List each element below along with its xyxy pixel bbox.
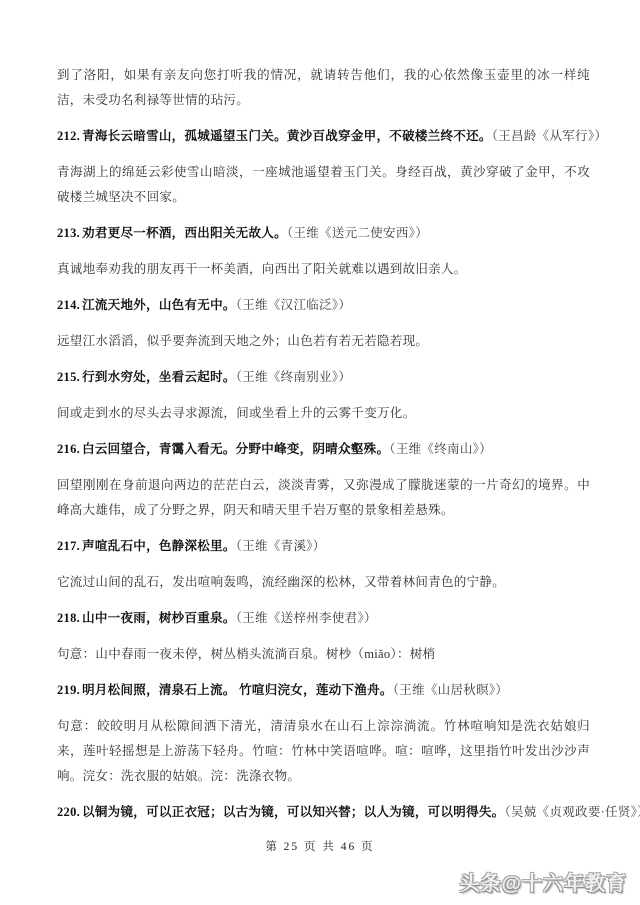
quote-source: （王维《青溪》） xyxy=(236,539,326,553)
quote-item-217: 217.声喧乱石中，色静深松里。（王维《青溪》） 它流过山间的乱石，发出喧响轰鸣… xyxy=(57,534,590,595)
quote-text: 江流天地外，山色有无中。 xyxy=(82,298,236,312)
quote-source: （王维《终南山》） xyxy=(389,442,492,456)
quote-text: 山中一夜雨，树杪百重泉。 xyxy=(82,611,236,625)
quote-number: 216. xyxy=(57,442,80,456)
quote-explanation: 回望刚刚在身前退向两边的茫茫白云，淡淡青雾，又弥漫成了朦胧迷蒙的一片奇幻的境界。… xyxy=(57,473,590,523)
quote-explanation: 远望江水滔滔，似乎要奔流到天地之外；山色若有若无若隐若现。 xyxy=(57,329,590,354)
quote-heading: 212.青海长云暗雪山，孤城遥望玉门关。黄沙百战穿金甲，不破楼兰终不还。（王昌龄… xyxy=(57,124,590,149)
quote-number: 215. xyxy=(57,370,80,384)
quote-source: （王维《送梓州李使君》） xyxy=(236,611,377,625)
quote-item-216: 216.白云回望合，青霭入看无。分野中峰变，阴晴众壑殊。（王维《终南山》） 回望… xyxy=(57,437,590,523)
quote-number: 219. xyxy=(57,683,80,697)
quote-source: （王维《山居秋暝》） xyxy=(393,683,509,697)
quote-number: 218. xyxy=(57,611,80,625)
quote-explanation: 间或走到水的尽头去寻求源流，间或坐看上升的云雾千变万化。 xyxy=(57,401,590,426)
quote-number: 220. xyxy=(57,805,80,819)
quote-explanation: 青海湖上的绵延云彩使雪山暗淡，一座城池遥望着玉门关。身经百战，黄沙穿破了金甲，不… xyxy=(57,160,590,210)
quote-number: 213. xyxy=(57,226,80,240)
quote-item-220: 220.以铜为镜，可以正衣冠；以古为镜，可以知兴替；以人为镜，可以明得失。（吴兢… xyxy=(57,800,590,825)
quote-item-218: 218.山中一夜雨，树杪百重泉。（王维《送梓州李使君》） 句意：山中春雨一夜未停… xyxy=(57,606,590,667)
quote-explanation: 句意：山中春雨一夜未停，树丛梢头流淌百泉。树杪（miǎo）：树梢 xyxy=(57,642,590,667)
quote-source: （王维《汉江临泛》） xyxy=(236,298,352,312)
quote-heading: 219.明月松间照，清泉石上流。 竹喧归浣女，莲动下渔舟。（王维《山居秋暝》） xyxy=(57,678,590,703)
quote-item-214: 214.江流天地外，山色有无中。（王维《汉江临泛》） 远望江水滔滔，似乎要奔流到… xyxy=(57,293,590,354)
document-page: 到了洛阳，如果有亲友向您打听我的情况，就请转告他们，我的心依然像玉壶里的冰一样纯… xyxy=(0,0,640,905)
quote-heading: 214.江流天地外，山色有无中。（王维《汉江临泛》） xyxy=(57,293,590,318)
quote-explanation: 真诚地奉劝我的朋友再干一杯美酒，向西出了阳关就难以遇到故旧亲人。 xyxy=(57,257,590,282)
quote-text: 以铜为镜，可以正衣冠；以古为镜，可以知兴替；以人为镜，可以明得失。 xyxy=(82,805,504,819)
document-content: 到了洛阳，如果有亲友向您打听我的情况，就请转告他们，我的心依然像玉壶里的冰一样纯… xyxy=(0,0,640,825)
quote-text: 明月松间照，清泉石上流。 竹喧归浣女，莲动下渔舟。 xyxy=(82,683,393,697)
quote-text: 白云回望合，青霭入看无。分野中峰变，阴晴众壑殊。 xyxy=(82,442,389,456)
quote-heading: 216.白云回望合，青霭入看无。分野中峰变，阴晴众壑殊。（王维《终南山》） xyxy=(57,437,590,462)
quote-heading: 218.山中一夜雨，树杪百重泉。（王维《送梓州李使君》） xyxy=(57,606,590,631)
quote-item-213: 213.劝君更尽一杯酒，西出阳关无故人。（王维《送元二使安西》） 真诚地奉劝我的… xyxy=(57,221,590,282)
quote-explanation: 它流过山间的乱石，发出喧响轰鸣，流经幽深的松林，又带着林间青色的宁静。 xyxy=(57,570,590,595)
quote-source: （王维《送元二使安西》） xyxy=(287,226,428,240)
quote-number: 214. xyxy=(57,298,80,312)
quote-heading: 217.声喧乱石中，色静深松里。（王维《青溪》） xyxy=(57,534,590,559)
quote-heading: 215.行到水穷处，坐看云起时。（王维《终南别业》） xyxy=(57,365,590,390)
quote-heading: 220.以铜为镜，可以正衣冠；以古为镜，可以知兴替；以人为镜，可以明得失。（吴兢… xyxy=(57,800,590,825)
quote-number: 212. xyxy=(57,129,80,143)
quote-text: 劝君更尽一杯酒，西出阳关无故人。 xyxy=(82,226,287,240)
quote-explanation: 句意：皎皎明月从松隙间洒下清光，清清泉水在山石上淙淙淌流。竹林喧响知是洗衣姑娘归… xyxy=(57,714,590,789)
quote-source: （王昌龄《从军行》） xyxy=(492,129,608,143)
quote-source: （王维《终南别业》） xyxy=(236,370,352,384)
quote-source: （吴兢《贞观政要·任贤》） xyxy=(504,805,640,819)
quote-number: 217. xyxy=(57,539,80,553)
quote-item-215: 215.行到水穷处，坐看云起时。（王维《终南别业》） 间或走到水的尽头去寻求源流… xyxy=(57,365,590,426)
page-number-footer: 第 25 页 共 46 页 xyxy=(0,838,640,854)
quote-text: 行到水穷处，坐看云起时。 xyxy=(82,370,236,384)
quote-item-219: 219.明月松间照，清泉石上流。 竹喧归浣女，莲动下渔舟。（王维《山居秋暝》） … xyxy=(57,678,590,789)
quote-text: 声喧乱石中，色静深松里。 xyxy=(82,539,236,553)
quote-item-212: 212.青海长云暗雪山，孤城遥望玉门关。黄沙百战穿金甲，不破楼兰终不还。（王昌龄… xyxy=(57,124,590,210)
quote-text: 青海长云暗雪山，孤城遥望玉门关。黄沙百战穿金甲，不破楼兰终不还。 xyxy=(82,129,492,143)
quote-heading: 213.劝君更尽一杯酒，西出阳关无故人。（王维《送元二使安西》） xyxy=(57,221,590,246)
continuation-paragraph: 到了洛阳，如果有亲友向您打听我的情况，就请转告他们，我的心依然像玉壶里的冰一样纯… xyxy=(57,63,590,113)
watermark: 头条@十六年教育 xyxy=(459,867,627,896)
